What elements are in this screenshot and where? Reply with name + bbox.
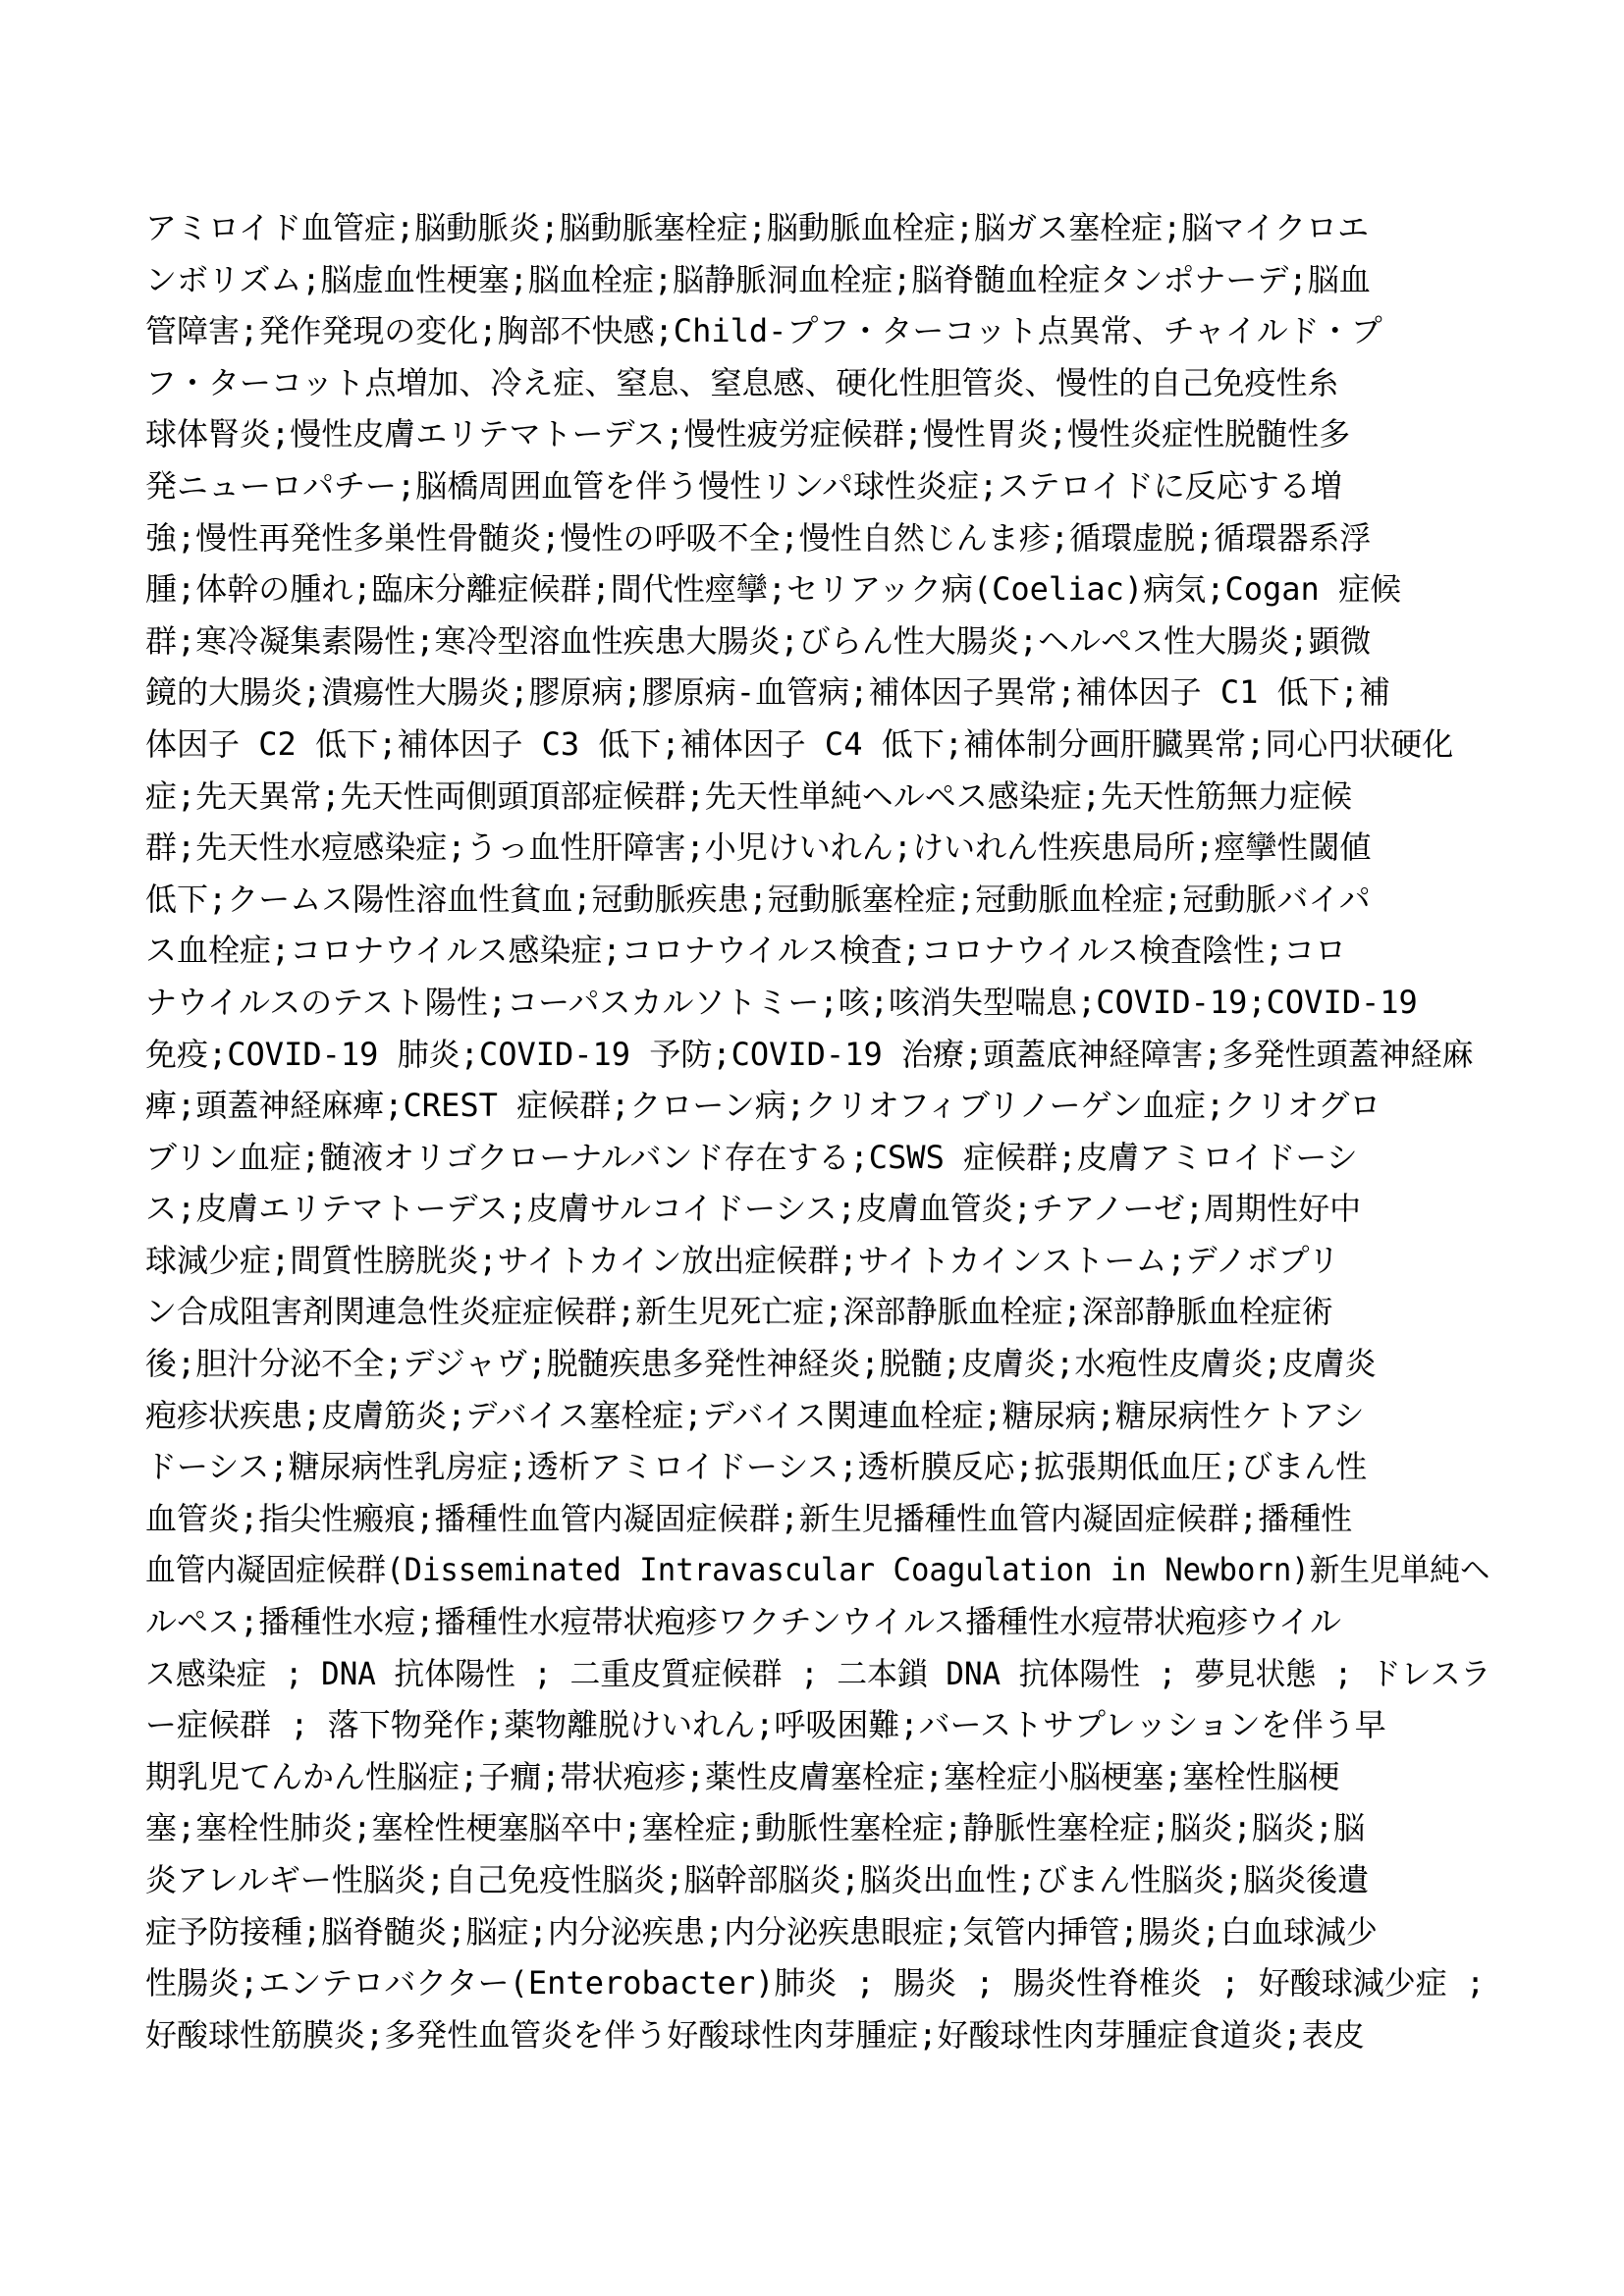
- text-line: 血管炎;指尖性瘢痕;播種性血管内凝固症候群;新生児播種性血管内凝固症候群;播種性: [145, 1493, 1490, 1545]
- text-line: 球減少症;間質性膀胱炎;サイトカイン放出症候群;サイトカインストーム;デノボプリ: [145, 1235, 1490, 1287]
- text-line: 群;寒冷凝集素陽性;寒冷型溶血性疾患大腸炎;びらん性大腸炎;ヘルペス性大腸炎;顕…: [145, 615, 1490, 667]
- text-line: 塞;塞栓性肺炎;塞栓性梗塞脳卒中;塞栓症;動脈性塞栓症;静脈性塞栓症;脳炎;脳炎…: [145, 1802, 1490, 1854]
- text-line: フ・ターコット点増加、冷え症、窒息、窒息感、硬化性胆管炎、慢性的自己免疫性糸: [145, 357, 1490, 409]
- text-line: 症予防接種;脳脊髄炎;脳症;内分泌疾患;内分泌疾患眼症;気管内挿管;腸炎;白血球…: [145, 1906, 1490, 1958]
- text-line: 炎アレルギー性脳炎;自己免疫性脳炎;脳幹部脳炎;脳炎出血性;びまん性脳炎;脳炎後…: [145, 1854, 1490, 1906]
- text-line: 免疫;COVID-19 肺炎;COVID-19 予防;COVID-19 治療;頭…: [145, 1029, 1490, 1081]
- text-line: ン合成阻害剤関連急性炎症症候群;新生児死亡症;深部静脈血栓症;深部静脈血栓症術: [145, 1286, 1490, 1338]
- document-page: アミロイド血管症;脳動脈炎;脳動脈塞栓症;脳動脈血栓症;脳ガス塞栓症;脳マイクロ…: [0, 0, 1624, 2296]
- text-line: 腫;体幹の腫れ;臨床分離症候群;間代性痙攣;セリアック病(Coeliac)病気;…: [145, 563, 1490, 615]
- text-line: ルペス;播種性水痘;播種性水痘帯状疱疹ワクチンウイルス播種性水痘帯状疱疹ウイル: [145, 1596, 1490, 1648]
- text-line: 血管内凝固症候群(Disseminated Intravascular Coag…: [145, 1544, 1434, 1596]
- text-line: 群;先天性水痘感染症;うっ血性肝障害;小児けいれん;けいれん性疾患局所;痙攣性閾…: [145, 822, 1490, 874]
- text-line: ー症候群 ; 落下物発作;薬物離脱けいれん;呼吸困難;バーストサプレッションを伴…: [145, 1699, 1490, 1751]
- text-line: ス感染症 ; DNA 抗体陽性 ; 二重皮質症候群 ; 二本鎖 DNA 抗体陽性…: [145, 1648, 1442, 1700]
- text-line: ス血栓症;コロナウイルス感染症;コロナウイルス検査;コロナウイルス検査陰性;コロ: [145, 925, 1490, 977]
- text-line: 発ニューロパチー;脳橋周囲血管を伴う慢性リンパ球性炎症;ステロイドに反応する増: [145, 460, 1490, 512]
- text-line: ス;皮膚エリテマトーデス;皮膚サルコイドーシス;皮膚血管炎;チアノーゼ;周期性好…: [145, 1183, 1490, 1235]
- text-line: ンボリズム;脳虚血性梗塞;脳血栓症;脳静脈洞血栓症;脳脊髄血栓症タンポナーデ;脳…: [145, 254, 1490, 306]
- text-line: 痺;頭蓋神経麻痺;CREST 症候群;クローン病;クリオフィブリノーゲン血症;ク…: [145, 1080, 1490, 1132]
- text-line: 好酸球性筋膜炎;多発性血管炎を伴う好酸球性肉芽腫症;好酸球性肉芽腫症食道炎;表皮: [145, 2009, 1490, 2061]
- text-line: 鏡的大腸炎;潰瘍性大腸炎;膠原病;膠原病-血管病;補体因子異常;補体因子 C1 …: [145, 667, 1490, 719]
- text-line: ブリン血症;髄液オリゴクローナルバンド存在する;CSWS 症候群;皮膚アミロイド…: [145, 1132, 1490, 1184]
- text-line: ドーシス;糖尿病性乳房症;透析アミロイドーシス;透析膜反応;拡張期低血圧;びまん…: [145, 1441, 1490, 1493]
- text-line: 強;慢性再発性多巣性骨髄炎;慢性の呼吸不全;慢性自然じんま疹;循環虚脱;循環器系…: [145, 512, 1490, 564]
- text-line: ナウイルスのテスト陽性;コーパスカルソトミー;咳;咳消失型喘息;COVID-19…: [145, 977, 1490, 1029]
- text-line: 後;胆汁分泌不全;デジャヴ;脱髄疾患多発性神経炎;脱髄;皮膚炎;水疱性皮膚炎;皮…: [145, 1338, 1490, 1390]
- text-line: 管障害;発作発現の変化;胸部不快感;Child-プフ・ターコット点異常、チャイル…: [145, 305, 1490, 357]
- text-line: 疱疹状疾患;皮膚筋炎;デバイス塞栓症;デバイス関連血栓症;糖尿病;糖尿病性ケトア…: [145, 1390, 1490, 1442]
- text-line: 期乳児てんかん性脳症;子癇;帯状疱疹;薬性皮膚塞栓症;塞栓症小脳梗塞;塞栓性脳梗: [145, 1751, 1490, 1803]
- text-line: 球体腎炎;慢性皮膚エリテマトーデス;慢性疲労症候群;慢性胃炎;慢性炎症性脱髄性多: [145, 408, 1490, 460]
- text-line: 症;先天異常;先天性両側頭頂部症候群;先天性単純ヘルペス感染症;先天性筋無力症候: [145, 771, 1490, 823]
- text-line: 低下;クームス陽性溶血性貧血;冠動脈疾患;冠動脈塞栓症;冠動脈血栓症;冠動脈バイ…: [145, 874, 1490, 926]
- text-line: アミロイド血管症;脳動脈炎;脳動脈塞栓症;脳動脈血栓症;脳ガス塞栓症;脳マイクロ…: [145, 202, 1490, 254]
- body-text: アミロイド血管症;脳動脈炎;脳動脈塞栓症;脳動脈血栓症;脳ガス塞栓症;脳マイクロ…: [145, 202, 1490, 2060]
- text-line: 性腸炎;エンテロバクター(Enterobacter)肺炎 ; 腸炎 ; 腸炎性脊…: [145, 1957, 1490, 2009]
- text-line: 体因子 C2 低下;補体因子 C3 低下;補体因子 C4 低下;補体制分画肝臓異…: [145, 719, 1490, 771]
